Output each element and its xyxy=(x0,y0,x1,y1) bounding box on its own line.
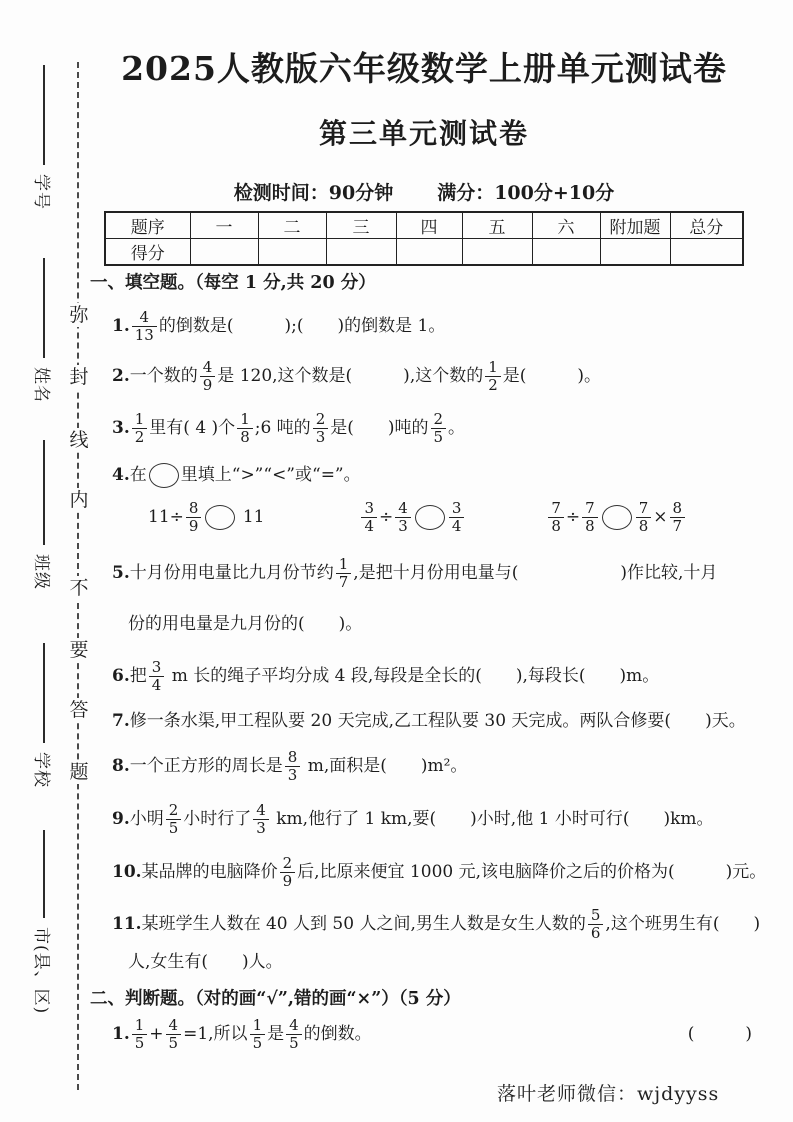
question-text: 在 xyxy=(130,462,147,488)
fraction: 43 xyxy=(253,802,269,837)
score-table-header-row: 题序 一 二 三 四 五 六 附加题 总分 xyxy=(105,212,743,239)
score-cell-blank xyxy=(670,239,743,266)
compare-expression-3: 78÷7878×87 xyxy=(546,500,687,535)
seal-char: 封 xyxy=(66,365,92,389)
question-6: 6.把34 m 长的绳子平均分成 4 段,每段是全长的( ),每段长( )m。 xyxy=(112,652,760,700)
score-table-header-cell: 三 xyxy=(326,212,396,239)
paper-title: 2025人教版六年级数学上册单元测试卷 xyxy=(88,46,760,92)
write-line xyxy=(43,258,45,358)
fraction: 78 xyxy=(548,500,564,535)
question-text: 小时行了 xyxy=(183,806,251,832)
compare-circle xyxy=(149,463,179,488)
question-3: 3.12里有( 4 )个18;6 吨的23是( )吨的25。 xyxy=(112,404,760,452)
exam-meta-score: 满分：100分+10分 xyxy=(437,180,614,206)
question-text: 里填上“>”“<”或“=”。 xyxy=(181,462,361,488)
question-text: 十月份用电量比九月份节约 xyxy=(130,560,334,586)
fraction: 45 xyxy=(286,1017,302,1052)
question-text: 8. xyxy=(112,753,130,779)
question-text: 小明 xyxy=(130,806,164,832)
question-text: 9. xyxy=(112,806,130,832)
seal-char: 弥 xyxy=(66,303,92,327)
compare-expression-1: 11÷89 11 xyxy=(148,500,264,535)
question-text: 把 xyxy=(130,663,147,689)
score-cell-blank xyxy=(532,239,600,266)
fraction: 78 xyxy=(582,500,598,535)
fraction: 34 xyxy=(361,500,377,535)
question-text: 6. xyxy=(112,663,130,689)
fraction: 29 xyxy=(280,855,296,890)
question-text: 1. xyxy=(112,313,130,339)
score-table-header-cell: 六 xyxy=(532,212,600,239)
compare-circle xyxy=(602,505,632,530)
score-cell-blank xyxy=(258,239,326,266)
question-text: ,这个班男生有( ) xyxy=(605,911,760,937)
question-text: 一个数的 xyxy=(130,363,198,389)
judge-question-1: 1.15+45=1,所以15是45的倒数。( ) xyxy=(112,1010,760,1058)
question-10: 10.某品牌的电脑降价29后,比原来便宜 1000 元,该电脑降价之后的价格为(… xyxy=(112,848,760,896)
question-text: ,是把十月份用电量与( )作比较,十月 xyxy=(353,560,717,586)
question-text: km,他行了 1 km,要( )小时,他 1 小时可行( )km。 xyxy=(271,806,714,832)
question-11-line-2: 人,女生有( )人。 xyxy=(128,949,760,975)
question-text: 是( )。 xyxy=(503,363,601,389)
fraction: 23 xyxy=(313,411,329,446)
test-paper-page: 学号 姓名 班级 学校 市(县、区) 弥 封 线 内 不 要 答 题 2025人… xyxy=(0,0,793,1122)
question-text: 1. xyxy=(112,1021,130,1047)
seal-char: 线 xyxy=(66,428,92,452)
margin-field-class: 班级 xyxy=(32,440,56,605)
margin-field-label: 学校 xyxy=(32,752,57,788)
fraction: 413 xyxy=(132,309,157,344)
paper-subtitle: 第三单元测试卷 xyxy=(88,114,760,154)
fraction: 49 xyxy=(200,359,216,394)
question-text: 一个正方形的周长是 xyxy=(130,753,283,779)
question-7: 7.修一条水渠,甲工程队要 20 天完成,乙工程队要 30 天完成。两队合修要(… xyxy=(112,708,760,734)
question-text: 11. xyxy=(112,911,142,937)
write-line xyxy=(43,643,45,743)
question-8: 8.一个正方形的周长是83 m,面积是( )m²。 xyxy=(112,742,760,790)
seal-char: 题 xyxy=(66,760,92,784)
question-text: 后,比原来便宜 1000 元,该电脑降价之后的价格为( )元。 xyxy=(297,859,766,885)
question-text: ÷ xyxy=(379,507,393,527)
question-text: 里有( 4 )个 xyxy=(149,415,235,441)
score-table-header-cell: 五 xyxy=(462,212,532,239)
fraction: 45 xyxy=(166,1017,182,1052)
question-2: 2.一个数的49是 120,这个数是( ),这个数的12是( )。 xyxy=(112,352,760,400)
question-text: 的倒数是( );( )的倒数是 1。 xyxy=(159,313,445,339)
question-text: 3. xyxy=(112,415,130,441)
question-text: 。 xyxy=(448,415,465,441)
question-text: 人,女生有( )人。 xyxy=(128,949,283,975)
seal-char: 要 xyxy=(66,638,92,662)
fraction: 25 xyxy=(431,411,447,446)
margin-field-name: 姓名 xyxy=(32,258,56,408)
question-text: 某品牌的电脑降价 xyxy=(142,859,278,885)
write-line xyxy=(43,440,45,545)
question-5-line-2: 份的用电量是九月份的( )。 xyxy=(128,611,760,637)
question-text: ÷ xyxy=(566,507,580,527)
seal-char: 答 xyxy=(66,698,92,722)
question-11-line-1: 11.某班学生人数在 40 人到 50 人之间,男生人数是女生人数的56,这个班… xyxy=(112,900,760,948)
fraction: 15 xyxy=(132,1017,148,1052)
question-text: ( ) xyxy=(688,1021,760,1047)
score-table-header-cell: 一 xyxy=(190,212,258,239)
question-text: 11 xyxy=(237,507,264,527)
fraction: 43 xyxy=(395,500,411,535)
fraction: 12 xyxy=(132,411,148,446)
margin-field-label: 学号 xyxy=(32,174,57,210)
fraction: 56 xyxy=(588,907,604,942)
margin-field-city: 市(县、区) xyxy=(32,830,56,1000)
score-table-header-cell: 题序 xyxy=(105,212,190,239)
question-text: 份的用电量是九月份的( )。 xyxy=(128,611,362,637)
question-text: 某班学生人数在 40 人到 50 人之间,男生人数是女生人数的 xyxy=(142,911,586,937)
question-text: ;6 吨的 xyxy=(255,415,311,441)
score-table: 题序 一 二 三 四 五 六 附加题 总分 得分 xyxy=(104,211,744,266)
fraction: 15 xyxy=(250,1017,266,1052)
question-5-line-1: 5.十月份用电量比九月份节约17,是把十月份用电量与( )作比较,十月 xyxy=(112,549,760,597)
compare-expression-2: 34÷4334 xyxy=(359,500,466,535)
question-text: 是 120,这个数是( ),这个数的 xyxy=(217,363,483,389)
score-table-header-cell: 四 xyxy=(396,212,462,239)
fraction: 18 xyxy=(237,411,253,446)
write-line xyxy=(43,830,45,918)
fraction: 83 xyxy=(285,749,301,784)
fraction: 12 xyxy=(485,359,501,394)
write-line xyxy=(43,65,45,165)
question-4-expressions: 11÷89 11 34÷4334 78÷7878×87 xyxy=(112,494,760,540)
margin-field-label: 姓名 xyxy=(32,367,57,403)
score-cell-blank xyxy=(600,239,670,266)
fraction: 34 xyxy=(449,500,465,535)
main-content: 2025人教版六年级数学上册单元测试卷 第三单元测试卷 检测时间：90分钟 满分… xyxy=(88,0,760,1058)
question-text: + xyxy=(149,1021,163,1047)
section-heading-judge: 二、判断题。（对的画“√”,错的画“×”）（5 分） xyxy=(90,989,760,1010)
fraction: 34 xyxy=(149,659,165,694)
margin-field-student-id: 学号 xyxy=(32,65,56,215)
question-text: × xyxy=(653,507,667,527)
question-text: 的倒数。 xyxy=(304,1021,372,1047)
question-text: 是 xyxy=(267,1021,284,1047)
score-cell-blank xyxy=(190,239,258,266)
question-text: 11÷ xyxy=(148,507,184,527)
compare-circle xyxy=(205,505,235,530)
question-1: 1.413的倒数是( );( )的倒数是 1。 xyxy=(112,302,760,350)
question-text: 修一条水渠,甲工程队要 20 天完成,乙工程队要 30 天完成。两队合修要( )… xyxy=(130,708,746,734)
score-table-header-cell: 附加题 xyxy=(600,212,670,239)
question-text: m,面积是( )m²。 xyxy=(302,753,467,779)
score-table-header-cell: 总分 xyxy=(670,212,743,239)
fraction: 87 xyxy=(670,500,686,535)
section-heading-fill: 一、填空题。（每空 1 分,共 20 分） xyxy=(90,273,760,294)
fraction: 89 xyxy=(186,500,202,535)
score-row-label: 得分 xyxy=(105,239,190,266)
question-text: 是( )吨的 xyxy=(330,415,428,441)
seal-char: 不 xyxy=(66,576,92,600)
question-text: 2. xyxy=(112,363,130,389)
margin-field-label: 班级 xyxy=(32,554,57,590)
exam-meta-time: 检测时间：90分钟 xyxy=(234,180,393,206)
score-cell-blank xyxy=(396,239,462,266)
question-text: 10. xyxy=(112,859,142,885)
margin-field-label: 市(县、区) xyxy=(32,927,57,1014)
question-text: m 长的绳子平均分成 4 段,每段是全长的( ),每段长( )m。 xyxy=(166,663,659,689)
score-table-header-cell: 二 xyxy=(258,212,326,239)
fraction: 78 xyxy=(636,500,652,535)
seal-char: 内 xyxy=(66,488,92,512)
compare-circle xyxy=(415,505,445,530)
fraction: 17 xyxy=(336,556,352,591)
question-text: =1,所以 xyxy=(183,1021,247,1047)
score-table-score-row: 得分 xyxy=(105,239,743,266)
question-text: 5. xyxy=(112,560,130,586)
score-cell-blank xyxy=(462,239,532,266)
question-text: 4. xyxy=(112,462,130,488)
fraction: 25 xyxy=(166,802,182,837)
exam-meta: 检测时间：90分钟 满分：100分+10分 xyxy=(88,180,760,206)
question-4-intro: 4.在里填上“>”“<”或“=”。 xyxy=(112,462,760,488)
question-9: 9.小明25小时行了43 km,他行了 1 km,要( )小时,他 1 小时可行… xyxy=(112,795,760,843)
margin-field-school: 学校 xyxy=(32,643,56,791)
score-cell-blank xyxy=(326,239,396,266)
footer-credit: 落叶老师微信：wjdyyss xyxy=(497,1079,719,1106)
question-text: 7. xyxy=(112,708,130,734)
